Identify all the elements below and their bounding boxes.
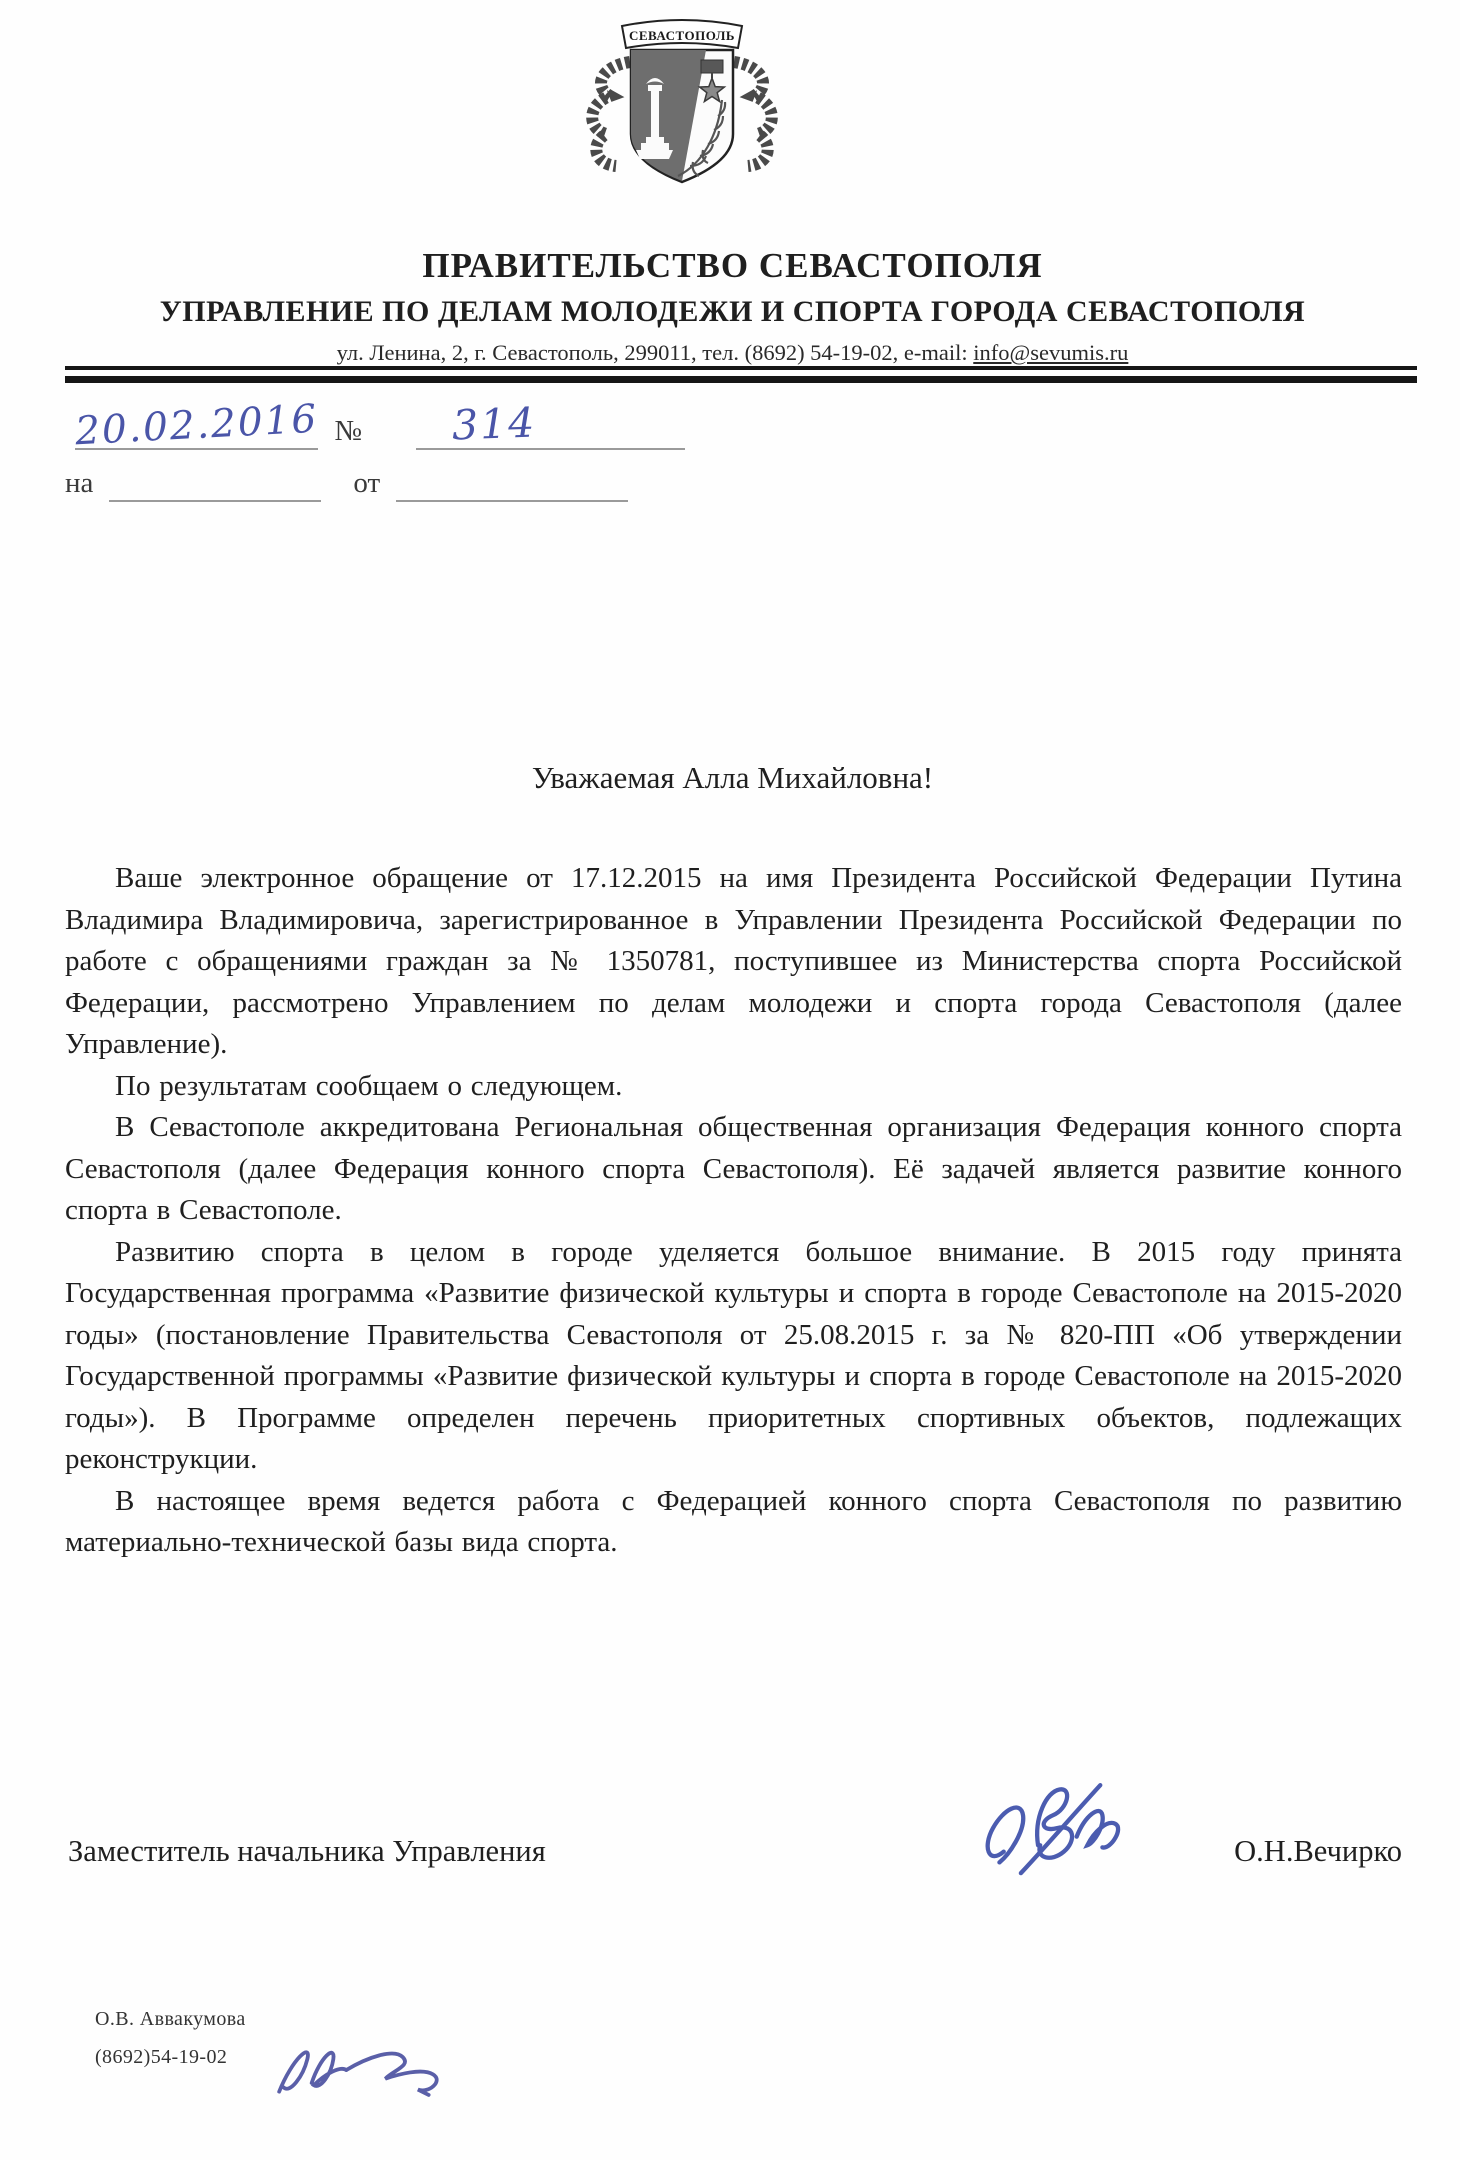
right-ribbon xyxy=(734,62,772,166)
letter-body: Ваше электронное обращение от 17.12.2015… xyxy=(65,858,1402,1564)
handwritten-date: 20.02.2016 xyxy=(74,397,319,455)
executor-block: О.В. Аввакумова (8692)54-19-02 xyxy=(95,2008,246,2069)
outgoing-number-field: 314 xyxy=(416,400,685,450)
signer-name: О.Н.Вечирко xyxy=(1234,1834,1402,1869)
reference-block: 20.02.2016 № 314 на от xyxy=(65,392,685,502)
signature-icon xyxy=(264,2026,459,2114)
reply-from-label: от xyxy=(353,467,380,500)
executor-name: О.В. Аввакумова xyxy=(95,2008,246,2031)
reply-from-date-field xyxy=(396,500,628,502)
outgoing-row: 20.02.2016 № 314 xyxy=(65,392,685,450)
coat-of-arms-icon: СЕВАСТОПОЛЬ xyxy=(572,14,792,199)
reply-to-row: на от xyxy=(65,456,685,502)
executor-phone: (8692)54-19-02 xyxy=(95,2046,246,2069)
handwritten-number: 314 xyxy=(451,399,537,450)
reply-to-number-field xyxy=(109,500,321,502)
number-sign-label: № xyxy=(334,415,362,448)
scanned-letter-page: СЕВАСТОПОЛЬ xyxy=(0,0,1460,2160)
letterhead: ПРАВИТЕЛЬСТВО СЕВАСТОПОЛЯ УПРАВЛЕНИЕ ПО … xyxy=(60,246,1405,366)
paragraph: В Севастополе аккредитована Региональная… xyxy=(65,1107,1402,1232)
department-title: УПРАВЛЕНИЕ ПО ДЕЛАМ МОЛОДЕЖИ И СПОРТА ГО… xyxy=(60,294,1405,330)
signer-position-title: Заместитель начальника Управления xyxy=(68,1834,546,1869)
address-text: ул. Ленина, 2, г. Севастополь, 299011, т… xyxy=(337,340,974,365)
email-link[interactable]: info@sevumis.ru xyxy=(973,340,1128,365)
executor-handwritten-signature xyxy=(264,2026,459,2114)
banner-text: СЕВАСТОПОЛЬ xyxy=(629,28,735,43)
government-title: ПРАВИТЕЛЬСТВО СЕВАСТОПОЛЯ xyxy=(60,246,1405,286)
sevastopol-coat-of-arms: СЕВАСТОПОЛЬ xyxy=(572,14,792,199)
reply-to-label: на xyxy=(65,467,93,500)
salutation: Уважаемая Алла Михайловна! xyxy=(60,760,1405,796)
left-ribbon xyxy=(592,62,630,166)
paragraph: Ваше электронное обращение от 17.12.2015… xyxy=(65,858,1402,1066)
paragraph: Развитию спорта в целом в городе уделяет… xyxy=(65,1232,1402,1481)
signer-handwritten-signature xyxy=(972,1768,1147,1886)
paragraph: В настоящее время ведется работа с Федер… xyxy=(65,1481,1402,1564)
paragraph: По результатам сообщаем о следующем. xyxy=(65,1066,1402,1108)
signature-icon xyxy=(972,1768,1147,1886)
letterhead-divider xyxy=(65,366,1417,383)
address-line: ул. Ленина, 2, г. Севастополь, 299011, т… xyxy=(60,340,1405,366)
outgoing-date-field: 20.02.2016 xyxy=(75,403,318,450)
